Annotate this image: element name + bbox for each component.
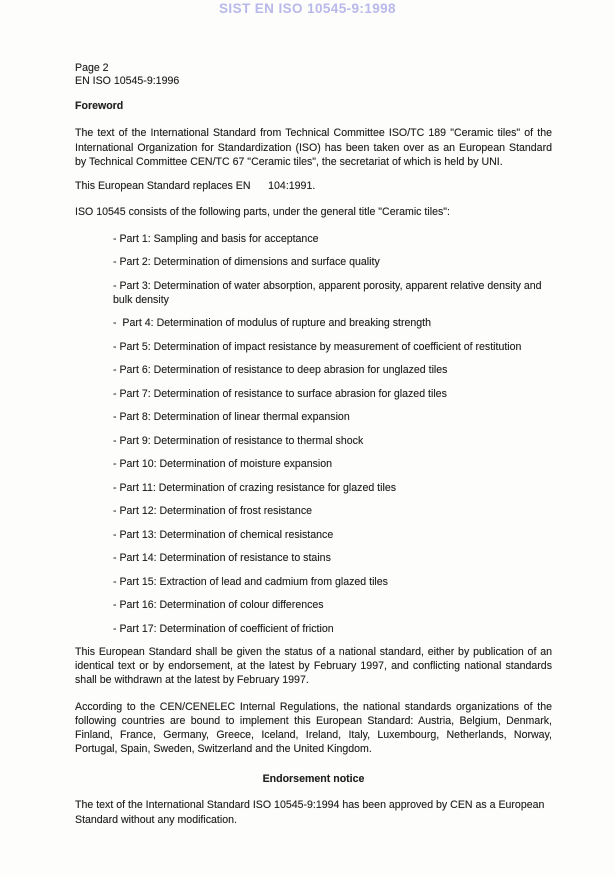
part-item-8: - Part 8: Determination of linear therma… xyxy=(113,410,552,424)
part-item-15: - Part 15: Extraction of lead and cadmiu… xyxy=(113,575,552,589)
part-item-9: - Part 9: Determination of resistance to… xyxy=(113,434,552,448)
part-item-1: - Part 1: Sampling and basis for accepta… xyxy=(113,232,552,246)
endorsement-notice-heading: Endorsement notice xyxy=(75,772,552,786)
part-item-5: - Part 5: Determination of impact resist… xyxy=(113,340,552,354)
foreword-paragraph-1: The text of the International Standard f… xyxy=(75,126,552,170)
document-page: SIST EN ISO 10545-9:1998 Page 2 EN ISO 1… xyxy=(0,0,615,876)
part-item-13: - Part 13: Determination of chemical res… xyxy=(113,528,552,542)
foreword-paragraph-2: This European Standard replaces EN 104:1… xyxy=(75,179,552,193)
part-item-10: - Part 10: Determination of moisture exp… xyxy=(113,457,552,471)
part-item-14: - Part 14: Determination of resistance t… xyxy=(113,551,552,565)
part-item-11: - Part 11: Determination of crazing resi… xyxy=(113,481,552,495)
part-item-3: - Part 3: Determination of water absorpt… xyxy=(113,279,552,307)
document-number: EN ISO 10545-9:1996 xyxy=(75,75,552,88)
foreword-paragraph-4: This European Standard shall be given th… xyxy=(75,645,552,687)
standard-watermark: SIST EN ISO 10545-9:1998 xyxy=(0,1,615,16)
parts-list: - Part 1: Sampling and basis for accepta… xyxy=(75,232,552,636)
foreword-paragraph-5: According to the CEN/CENELEC Internal Re… xyxy=(75,700,552,756)
page-number: Page 2 xyxy=(75,62,552,75)
foreword-heading: Foreword xyxy=(75,99,552,113)
part-item-4: - Part 4: Determination of modulus of ru… xyxy=(113,316,552,330)
endorsement-notice-text: The text of the International Standard I… xyxy=(75,798,552,827)
part-item-6: - Part 6: Determination of resistance to… xyxy=(113,363,552,377)
foreword-paragraph-3: ISO 10545 consists of the following part… xyxy=(75,205,552,219)
part-item-7: - Part 7: Determination of resistance to… xyxy=(113,387,552,401)
part-item-16: - Part 16: Determination of colour diffe… xyxy=(113,598,552,612)
part-item-12: - Part 12: Determination of frost resist… xyxy=(113,504,552,518)
part-item-17: - Part 17: Determination of coefficient … xyxy=(113,622,552,636)
page-header: Page 2 EN ISO 10545-9:1996 xyxy=(75,62,552,88)
page-content: Page 2 EN ISO 10545-9:1996 Foreword The … xyxy=(75,62,552,827)
part-item-2: - Part 2: Determination of dimensions an… xyxy=(113,255,552,269)
